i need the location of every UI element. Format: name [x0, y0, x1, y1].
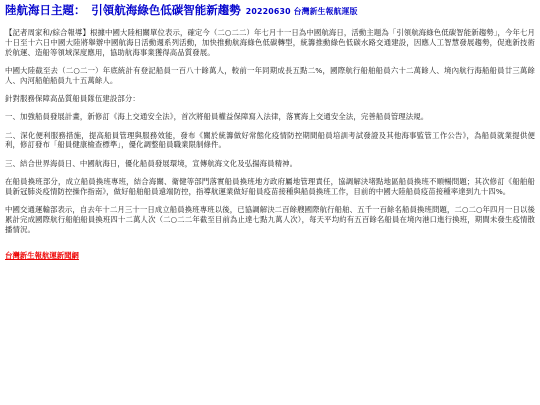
- article-list-item-2: 二、深化便利服務措施，提高船員管理與服務效能，發布《關於統籌做好常態化疫情防控期…: [5, 131, 535, 151]
- article-paragraph-ministry-statement: 中國交通運輸部表示，自去年十二月三十一日成立船員換班專班以後，已協調解決二百餘艘…: [5, 205, 535, 234]
- article-dateline: 20220630 台灣新生報航運版: [246, 7, 358, 16]
- article-body: 【記者周家和/綜合報導】根據中國大陸相關單位表示，確定今（二○二二）年七月十一日…: [5, 28, 535, 234]
- article-paragraph-lead: 【記者周家和/綜合報導】根據中國大陸相關單位表示，確定今（二○二二）年七月十一日…: [5, 28, 535, 57]
- article-title: 陸航海日主題： 引領航海綠色低碳智能新趨勢: [5, 3, 241, 17]
- article-paragraph-section-heading: 針對服務保障高品質船員隊伍建設部分：: [5, 94, 535, 104]
- page-title: 陸航海日主題： 引領航海綠色低碳智能新趨勢20220630 台灣新生報航運版: [5, 3, 535, 19]
- article-list-item-3: 三、結合世界海員日、中國航海日，優化船員發展環境，宣傳航海文化及弘揚海員精神。: [5, 159, 535, 169]
- article-paragraph-crew-rotation: 在船員換班部分，成立船員換班專班，結合海關、衛健等部門落實船員換班地方政府屬地管…: [5, 177, 535, 197]
- article-paragraph-crew-statistics: 中國大陸截至去（二○二一）年底統計有登記船員一百八十餘萬人，較前一年同期成長五點…: [5, 66, 535, 86]
- article-list-item-1: 一、加強船員發展計畫，新修訂《海上交通安全法》，首次將船員權益保障寫入法律，落實…: [5, 112, 535, 122]
- shipping-news-site-link[interactable]: 台灣新生報航運新聞網: [5, 250, 79, 261]
- article-page: 陸航海日主題： 引領航海綠色低碳智能新趨勢20220630 台灣新生報航運版 【…: [0, 0, 540, 405]
